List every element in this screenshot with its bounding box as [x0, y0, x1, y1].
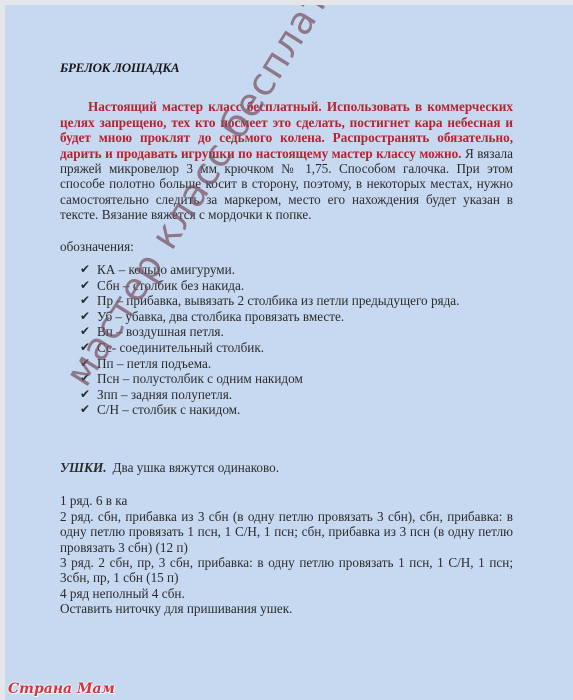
check-mark-icon: ✔ — [80, 356, 90, 372]
brand-logo: Страна Мам — [8, 681, 115, 697]
check-mark-icon: ✔ — [80, 309, 90, 325]
intro-paragraph: Настоящий мастер класс бесплатный. Испол… — [60, 99, 513, 222]
ears-title: УШКИ. — [60, 460, 107, 475]
check-mark-icon: ✔ — [80, 387, 90, 403]
legend-item: ✔Сбн – столбик без накида. — [80, 278, 513, 294]
instruction-row: 4 ряд неполный 4 сбн. — [60, 586, 513, 601]
abbreviation-legend: ✔КА – кольцо амигуруми. ✔Сбн – столбик б… — [60, 262, 513, 418]
document-content: БРЕЛОК ЛОШАДКА Настоящий мастер класс бе… — [60, 60, 513, 617]
check-mark-icon: ✔ — [80, 402, 90, 418]
instruction-row: 2 ряд. сбн, прибавка из 3 сбн (в одну пе… — [60, 509, 513, 555]
legend-item: ✔Псн – полустолбик с одним накидом — [80, 371, 513, 387]
legend-title: обозначения: — [60, 239, 513, 254]
document-page: БРЕЛОК ЛОШАДКА Настоящий мастер класс бе… — [5, 5, 573, 700]
copyright-warning: Настоящий мастер класс бесплатный. Испол… — [60, 99, 513, 160]
legend-item: ✔КА – кольцо амигуруми. — [80, 262, 513, 278]
check-mark-icon: ✔ — [80, 278, 90, 294]
instruction-row: 1 ряд. 6 в ка — [60, 493, 513, 508]
legend-item: ✔С/Н – столбик с накидом. — [80, 402, 513, 418]
document-title: БРЕЛОК ЛОШАДКА — [60, 60, 513, 75]
check-mark-icon: ✔ — [80, 324, 90, 340]
check-mark-icon: ✔ — [80, 371, 90, 387]
ears-section-heading: УШКИ.Два ушка вяжутся одинаково. — [60, 460, 513, 475]
instruction-row: 3 ряд. 2 сбн, пр, 3 сбн, прибавка: в одн… — [60, 555, 513, 586]
instruction-row: Оставить ниточку для пришивания ушек. — [60, 601, 513, 616]
check-mark-icon: ✔ — [80, 340, 90, 356]
legend-item: ✔Пр – прибавка, вывязать 2 столбика из п… — [80, 293, 513, 309]
check-mark-icon: ✔ — [80, 293, 90, 309]
ears-subtitle: Два ушка вяжутся одинаково. — [113, 460, 280, 475]
legend-item: ✔Уб – убавка, два столбика провязать вме… — [80, 309, 513, 325]
legend-item: ✔Вп – воздушная петля. — [80, 324, 513, 340]
check-mark-icon: ✔ — [80, 262, 90, 278]
legend-item: ✔Сс- соединительный столбик. — [80, 340, 513, 356]
ears-instructions: 1 ряд. 6 в ка 2 ряд. сбн, прибавка из 3 … — [60, 493, 513, 616]
legend-item: ✔Пп – петля подъема. — [80, 356, 513, 372]
legend-item: ✔Зпп – задняя полупетля. — [80, 387, 513, 403]
